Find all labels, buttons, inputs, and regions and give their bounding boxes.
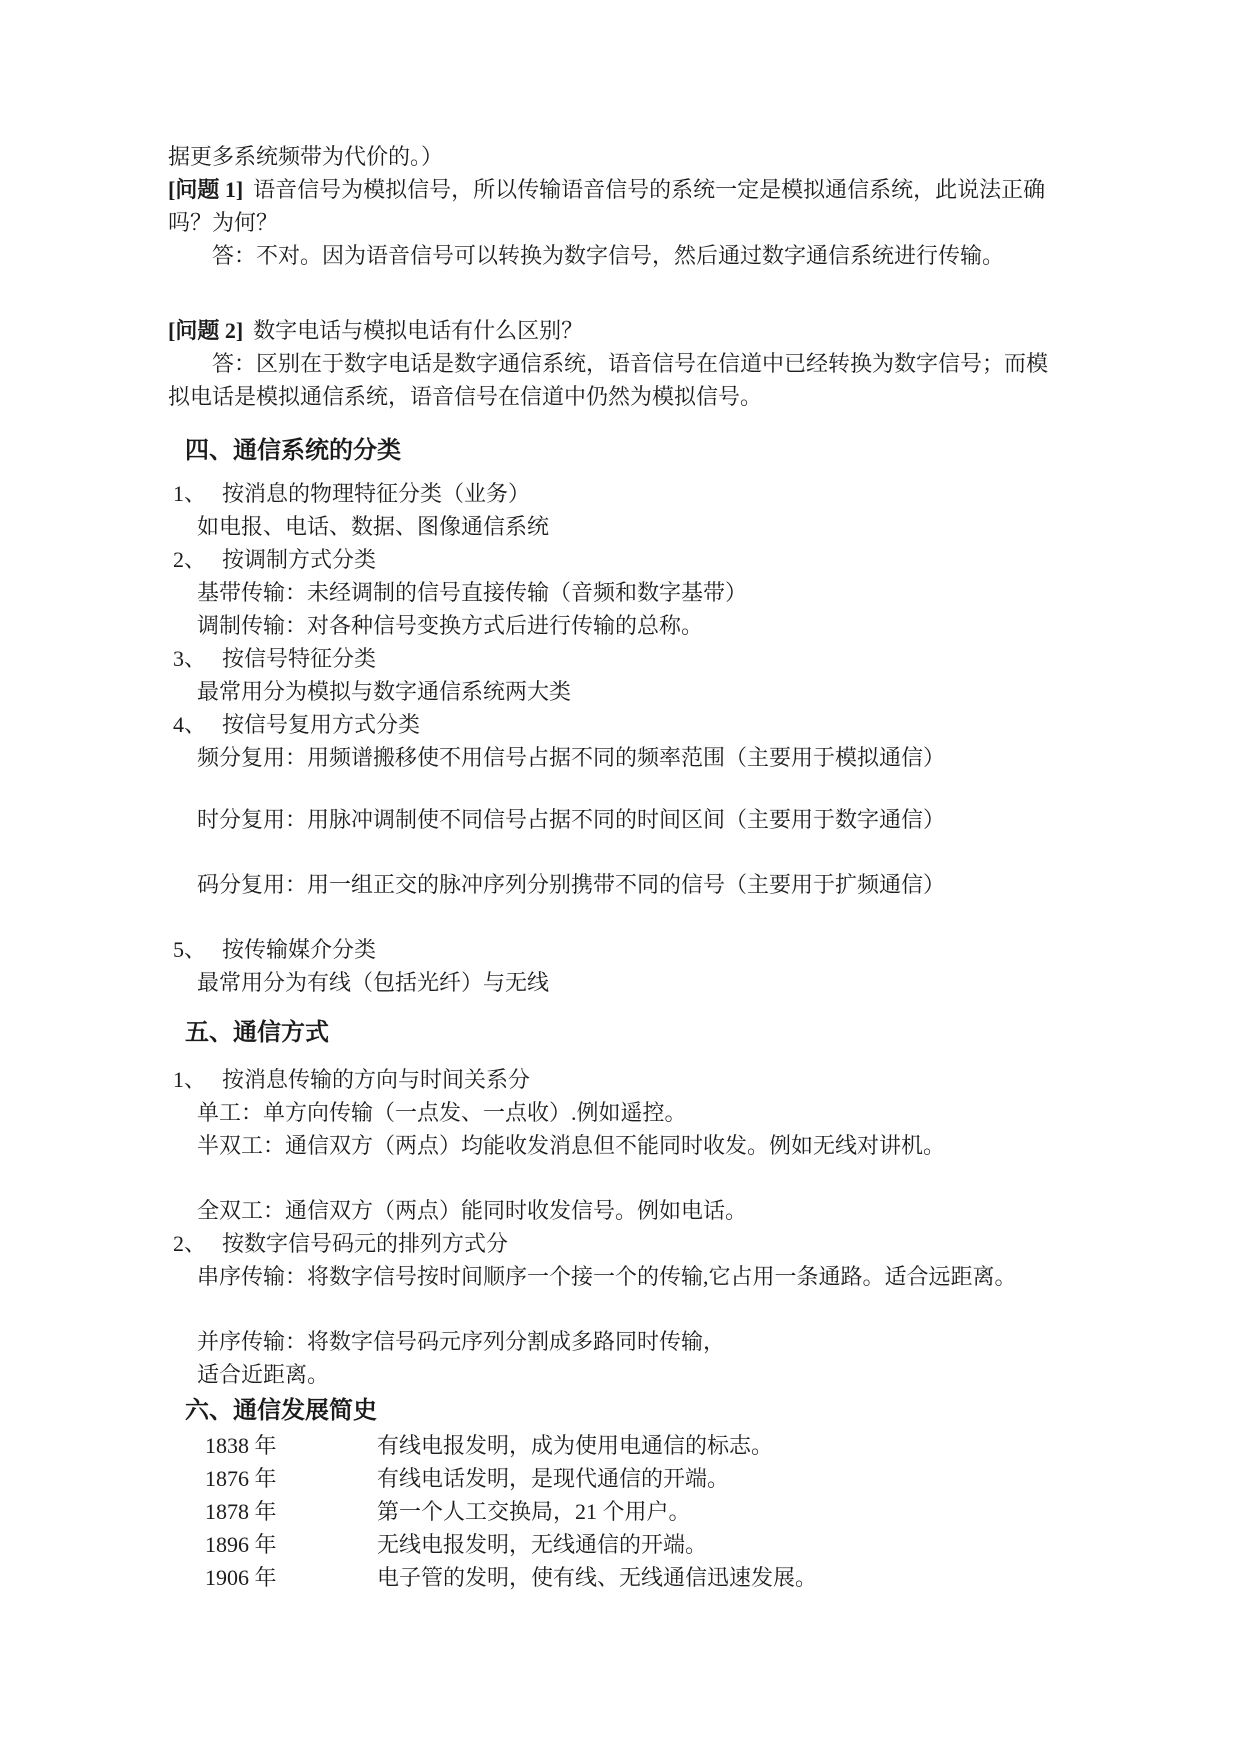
- list-number: 3、: [173, 642, 222, 675]
- sub-item: 串序传输：将数字信号按时间顺序一个接一个的传输,它占用一条通路。适合远距离。: [0, 1260, 1241, 1293]
- answer-line: 答：不对。因为语音信号可以转换为数字信号，然后通过数字通信系统进行传输。: [0, 239, 1241, 272]
- history-year: 1876 年: [205, 1462, 377, 1495]
- line-text: 按调制方式分类: [222, 547, 376, 572]
- list-number: 5、: [173, 933, 222, 966]
- sub-item: 频分复用：用频谱搬移使不用信号占据不同的频率范围（主要用于模拟通信）: [0, 741, 1241, 774]
- section-heading: 四、通信系统的分类: [0, 433, 1241, 469]
- sub-item: 半双工：通信双方（两点）均能收发消息但不能同时收发。例如无线对讲机。: [0, 1129, 1241, 1162]
- document-page: 据更多系统频带为代价的。）[问题 1]语音信号为模拟信号，所以传输语音信号的系统…: [0, 0, 1241, 1754]
- line-text: 电子管的发明，使有线、无线通信迅速发展。: [377, 1565, 817, 1590]
- line-text: 调制传输：对各种信号变换方式后进行传输的总称。: [197, 613, 703, 638]
- history-row: 1878 年第一个人工交换局，21 个用户。: [0, 1495, 1241, 1528]
- list-number: 4、: [173, 708, 222, 741]
- history-year: 1906 年: [205, 1561, 377, 1594]
- list-number: 2、: [173, 1227, 222, 1260]
- line-text: 频分复用：用频谱搬移使不用信号占据不同的频率范围（主要用于模拟通信）: [197, 745, 945, 770]
- line-text: 拟电话是模拟通信系统，语音信号在信道中仍然为模拟信号。: [168, 384, 762, 409]
- line-text: 按数字信号码元的排列方式分: [222, 1231, 508, 1256]
- line-text: 据更多系统频带为代价的。）: [168, 144, 443, 169]
- sub-item: 码分复用：用一组正交的脉冲序列分别携带不同的信号（主要用于扩频通信）: [0, 868, 1241, 901]
- line-text: 答：不对。因为语音信号可以转换为数字信号，然后通过数字通信系统进行传输。: [212, 243, 1004, 268]
- sub-item: 最常用分为模拟与数字通信系统两大类: [0, 675, 1241, 708]
- line-text: 按消息的物理特征分类（业务）: [222, 481, 530, 506]
- question-line: [问题 1]语音信号为模拟信号，所以传输语音信号的系统一定是模拟通信系统，此说法…: [0, 173, 1241, 206]
- line-text: 码分复用：用一组正交的脉冲序列分别携带不同的信号（主要用于扩频通信）: [197, 872, 945, 897]
- sub-item: 全双工：通信双方（两点）能同时收发信号。例如电话。: [0, 1194, 1241, 1227]
- line-text: 基带传输：未经调制的信号直接传输（音频和数字基带）: [197, 580, 747, 605]
- section-heading: 六、通信发展简史: [0, 1393, 1241, 1429]
- line-text: 五、通信方式: [185, 1020, 329, 1046]
- list-number: 1、: [173, 1063, 222, 1096]
- list-item: 1、按消息传输的方向与时间关系分: [0, 1063, 1241, 1096]
- line-text: 按消息传输的方向与时间关系分: [222, 1067, 530, 1092]
- document-body: 据更多系统频带为代价的。）[问题 1]语音信号为模拟信号，所以传输语音信号的系统…: [0, 140, 1241, 1594]
- line-text: 按传输媒介分类: [222, 937, 376, 962]
- question-label: [问题 2]: [168, 318, 243, 343]
- sub-item: 适合近距离。: [0, 1358, 1241, 1391]
- line-text: 如电报、电话、数据、图像通信系统: [197, 514, 549, 539]
- line-text: 语音信号为模拟信号，所以传输语音信号的系统一定是模拟通信系统，此说法正确: [253, 177, 1045, 202]
- line-text: 最常用分为有线（包括光纤）与无线: [197, 970, 549, 995]
- history-year: 1838 年: [205, 1429, 377, 1462]
- line-text: 六、通信发展简史: [185, 1398, 377, 1424]
- list-item: 2、按数字信号码元的排列方式分: [0, 1227, 1241, 1260]
- paragraph-line: 据更多系统频带为代价的。）: [0, 140, 1241, 173]
- question-label: [问题 1]: [168, 177, 243, 202]
- line-text: 时分复用：用脉冲调制使不同信号占据不同的时间区间（主要用于数字通信）: [197, 807, 945, 832]
- line-text: 有线电话发明，是现代通信的开端。: [377, 1466, 729, 1491]
- sub-item: 基带传输：未经调制的信号直接传输（音频和数字基带）: [0, 576, 1241, 609]
- line-text: 并序传输：将数字信号码元序列分割成多路同时传输，: [197, 1329, 725, 1354]
- list-item: 1、按消息的物理特征分类（业务）: [0, 477, 1241, 510]
- line-text: 最常用分为模拟与数字通信系统两大类: [197, 679, 571, 704]
- section-heading: 五、通信方式: [0, 1015, 1241, 1051]
- sub-item: 最常用分为有线（包括光纤）与无线: [0, 966, 1241, 999]
- sub-item: 时分复用：用脉冲调制使不同信号占据不同的时间区间（主要用于数字通信）: [0, 803, 1241, 836]
- history-row: 1896 年无线电报发明，无线通信的开端。: [0, 1528, 1241, 1561]
- line-text: 第一个人工交换局，21 个用户。: [377, 1499, 691, 1524]
- history-year: 1896 年: [205, 1528, 377, 1561]
- sub-item: 并序传输：将数字信号码元序列分割成多路同时传输，: [0, 1325, 1241, 1358]
- line-text: 按信号特征分类: [222, 646, 376, 671]
- line-text: 四、通信系统的分类: [185, 438, 401, 464]
- line-text: 有线电报发明，成为使用电通信的标志。: [377, 1433, 773, 1458]
- history-row: 1838 年有线电报发明，成为使用电通信的标志。: [0, 1429, 1241, 1462]
- line-text: 数字电话与模拟电话有什么区别？: [253, 318, 583, 343]
- line-text: 适合近距离。: [197, 1362, 329, 1387]
- question-line: [问题 2]数字电话与模拟电话有什么区别？: [0, 314, 1241, 347]
- list-number: 1、: [173, 477, 222, 510]
- line-text: 全双工：通信双方（两点）能同时收发信号。例如电话。: [197, 1198, 747, 1223]
- history-year: 1878 年: [205, 1495, 377, 1528]
- answer-line: 答：区别在于数字电话是数字通信系统，语音信号在信道中已经转换为数字信号；而模: [0, 347, 1241, 380]
- sub-item: 单工：单方向传输（一点发、一点收）.例如遥控。: [0, 1096, 1241, 1129]
- line-text: 串序传输：将数字信号按时间顺序一个接一个的传输,它占用一条通路。适合远距离。: [197, 1264, 1017, 1289]
- history-row: 1876 年有线电话发明，是现代通信的开端。: [0, 1462, 1241, 1495]
- history-row: 1906 年电子管的发明，使有线、无线通信迅速发展。: [0, 1561, 1241, 1594]
- sub-item: 调制传输：对各种信号变换方式后进行传输的总称。: [0, 609, 1241, 642]
- line-text: 单工：单方向传输（一点发、一点收）.例如遥控。: [197, 1100, 687, 1125]
- line-text: 吗？为何？: [168, 210, 278, 235]
- sub-item: 如电报、电话、数据、图像通信系统: [0, 510, 1241, 543]
- line-text: 按信号复用方式分类: [222, 712, 420, 737]
- line-text: 答：区别在于数字电话是数字通信系统，语音信号在信道中已经转换为数字信号；而模: [212, 351, 1048, 376]
- line-text: 无线电报发明，无线通信的开端。: [377, 1532, 707, 1557]
- list-item: 2、按调制方式分类: [0, 543, 1241, 576]
- line-text: 半双工：通信双方（两点）均能收发消息但不能同时收发。例如无线对讲机。: [197, 1133, 945, 1158]
- paragraph-line: 拟电话是模拟通信系统，语音信号在信道中仍然为模拟信号。: [0, 380, 1241, 413]
- paragraph-line: 吗？为何？: [0, 206, 1241, 239]
- list-number: 2、: [173, 543, 222, 576]
- list-item: 5、按传输媒介分类: [0, 933, 1241, 966]
- list-item: 3、按信号特征分类: [0, 642, 1241, 675]
- list-item: 4、按信号复用方式分类: [0, 708, 1241, 741]
